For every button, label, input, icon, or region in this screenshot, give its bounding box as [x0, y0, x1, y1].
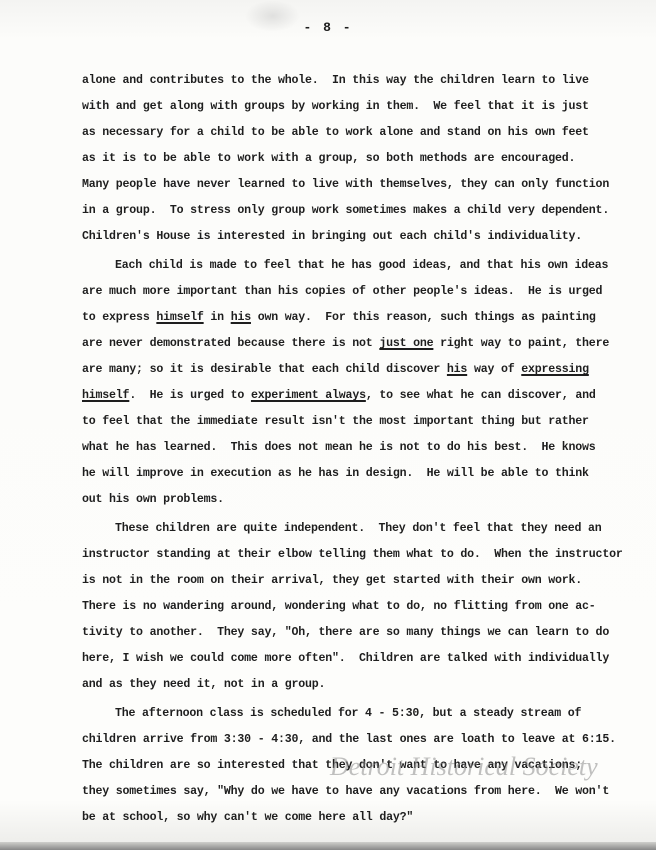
text-line: tivity to another. They say, "Oh, there … [82, 626, 609, 639]
text-segment: These children are quite independent. Th… [115, 522, 602, 535]
text-segment: and as they need it, not in a group. [82, 678, 325, 691]
text-segment: in [204, 311, 231, 324]
text-line: The afternoon class is scheduled for 4 -… [115, 707, 581, 720]
underlined-text: his [447, 363, 467, 376]
underlined-text: just one [379, 337, 433, 350]
text-line: to express himself in his own way. For t… [82, 311, 596, 324]
page-edge-shadow [0, 842, 656, 850]
text-segment: tivity to another. They say, "Oh, there … [82, 626, 609, 639]
text-line: Many people have never learned to live w… [82, 178, 609, 191]
text-segment: they sometimes say, "Why do we have to h… [82, 785, 609, 798]
text-line: what he has learned. This does not mean … [82, 441, 596, 454]
text-line: as it is to be able to work with a group… [82, 152, 575, 165]
text-segment: Children's House is interested in bringi… [82, 230, 582, 243]
text-segment: right way to paint, there [433, 337, 609, 350]
text-line: Children's House is interested in bringi… [82, 230, 582, 243]
text-segment: out his own problems. [82, 493, 224, 506]
text-segment: own way. For this reason, such things as… [251, 311, 596, 324]
text-segment: , to see what he can discover, and [366, 389, 596, 402]
text-segment: be at school, so why can't we come here … [82, 811, 413, 824]
text-segment: as necessary for a child to be able to w… [82, 126, 589, 139]
text-segment: with and get along with groups by workin… [82, 100, 589, 113]
text-line: alone and contributes to the whole. In t… [82, 74, 589, 87]
text-segment: instructor standing at their elbow telli… [82, 548, 623, 561]
watermark: Detroit Historical Society [330, 752, 598, 782]
text-line: out his own problems. [82, 493, 224, 506]
text-segment: he will improve in execution as he has i… [82, 467, 589, 480]
text-segment: are much more important than his copies … [82, 285, 602, 298]
text-segment: in a group. To stress only group work so… [82, 204, 609, 217]
underlined-text: expressing [521, 363, 589, 376]
text-line: are much more important than his copies … [82, 285, 602, 298]
text-segment: Each child is made to feel that he has g… [115, 259, 608, 272]
text-line: himself. He is urged to experiment alway… [82, 389, 596, 402]
text-line: children arrive from 3:30 - 4:30, and th… [82, 733, 616, 746]
text-line: Each child is made to feel that he has g… [115, 259, 608, 272]
text-segment: to express [82, 311, 156, 324]
text-segment: children arrive from 3:30 - 4:30, and th… [82, 733, 616, 746]
text-line: to feel that the immediate result isn't … [82, 415, 589, 428]
text-segment: alone and contributes to the whole. In t… [82, 74, 589, 87]
text-line: is not in the room on their arrival, the… [82, 574, 582, 587]
underlined-text: himself [82, 389, 129, 402]
text-line: These children are quite independent. Th… [115, 522, 602, 535]
text-line: instructor standing at their elbow telli… [82, 548, 623, 561]
text-line: here, I wish we could come more often". … [82, 652, 609, 665]
text-segment: here, I wish we could come more often". … [82, 652, 609, 665]
text-line: are never demonstrated because there is … [82, 337, 609, 350]
text-line: he will improve in execution as he has i… [82, 467, 589, 480]
text-segment: The afternoon class is scheduled for 4 -… [115, 707, 581, 720]
text-line: with and get along with groups by workin… [82, 100, 589, 113]
text-segment: are many; so it is desirable that each c… [82, 363, 447, 376]
underlined-text: himself [156, 311, 203, 324]
text-line: in a group. To stress only group work so… [82, 204, 609, 217]
text-segment: as it is to be able to work with a group… [82, 152, 575, 165]
underlined-text: his [231, 311, 251, 324]
text-line: and as they need it, not in a group. [82, 678, 325, 691]
text-line: There is no wandering around, wondering … [82, 600, 596, 613]
text-segment: There is no wandering around, wondering … [82, 600, 596, 613]
text-segment: . He is urged to [129, 389, 251, 402]
text-line: they sometimes say, "Why do we have to h… [82, 785, 609, 798]
underlined-text: experiment always [251, 389, 366, 402]
text-segment: what he has learned. This does not mean … [82, 441, 596, 454]
document-page: - 8 - alone and contributes to the whole… [0, 0, 656, 850]
page-number: - 8 - [0, 20, 656, 35]
text-segment: Many people have never learned to live w… [82, 178, 609, 191]
text-segment: is not in the room on their arrival, the… [82, 574, 582, 587]
text-line: as necessary for a child to be able to w… [82, 126, 589, 139]
text-segment: way of [467, 363, 521, 376]
text-line: be at school, so why can't we come here … [82, 811, 413, 824]
text-line: are many; so it is desirable that each c… [82, 363, 589, 376]
text-segment: are never demonstrated because there is … [82, 337, 379, 350]
text-segment: to feel that the immediate result isn't … [82, 415, 589, 428]
